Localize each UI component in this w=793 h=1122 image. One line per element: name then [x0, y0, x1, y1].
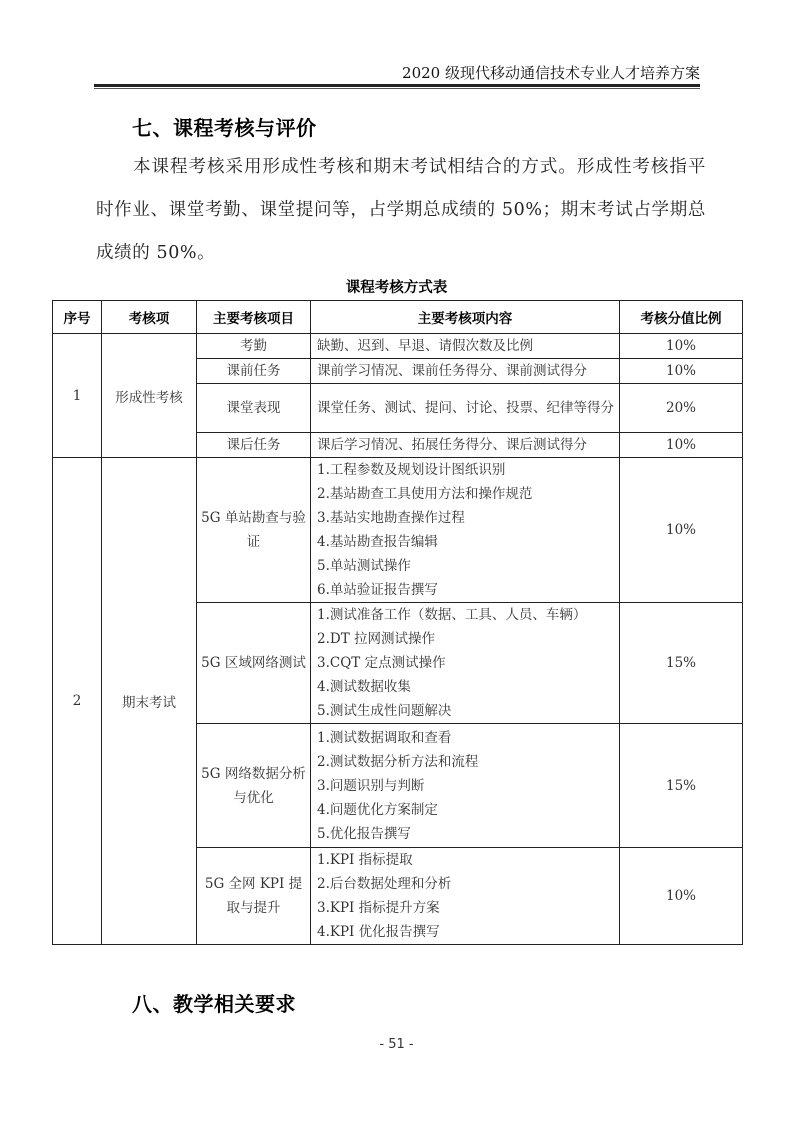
item-name: 5G 网络数据分析与优化 [197, 724, 311, 848]
item-name: 考勤 [197, 334, 311, 359]
item-name: 课堂表现 [197, 384, 311, 433]
item-weight: 20% [620, 384, 743, 433]
section-heading-7: 七、课程考核与评价 [132, 112, 317, 141]
item-weight: 10% [620, 334, 743, 359]
item-weight: 10% [620, 359, 743, 384]
content-line: 2.后台数据处理和分析 [317, 872, 615, 896]
item-content: 1.测试准备工作（数据、工具、人员、车辆） 2.DT 拉网测试操作 3.CQT … [311, 603, 620, 724]
item-content: 缺勤、迟到、早退、请假次数及比例 [311, 334, 620, 359]
section-heading-8: 八、教学相关要求 [132, 988, 296, 1017]
group-index: 1 [53, 334, 102, 458]
assessment-table: 序号 考核项 主要考核项目 主要考核项内容 考核分值比例 1 形成性考核 考勤 … [52, 300, 743, 945]
content-line: 1.工程参数及规划设计图纸识别 [317, 458, 615, 482]
content-line: 2.基站勘查工具使用方法和操作规范 [317, 482, 615, 506]
item-content: 课前学习情况、课前任务得分、课前测试得分 [311, 359, 620, 384]
group-index: 2 [53, 458, 102, 945]
content-line: 3.问题识别与判断 [317, 774, 615, 798]
content-line: 2.测试数据分析方法和流程 [317, 750, 615, 774]
item-content: 课后学习情况、拓展任务得分、课后测试得分 [311, 433, 620, 458]
item-content: 1.测试数据调取和查看 2.测试数据分析方法和流程 3.问题识别与判断 4.问题… [311, 724, 620, 848]
header-item: 主要考核项目 [197, 301, 311, 334]
item-weight: 10% [620, 458, 743, 603]
content-line: 4.基站勘查报告编辑 [317, 530, 615, 554]
item-weight: 15% [620, 603, 743, 724]
group-category: 形成性考核 [102, 334, 197, 458]
page-number: - 51 - [0, 1037, 793, 1052]
content-line: 4.KPI 优化报告撰写 [317, 920, 615, 944]
content-line: 2.DT 拉网测试操作 [317, 627, 615, 651]
header-weight: 考核分值比例 [620, 301, 743, 334]
content-line: 4.问题优化方案制定 [317, 798, 615, 822]
table-caption: 课程考核方式表 [0, 276, 793, 297]
table-header-row: 序号 考核项 主要考核项目 主要考核项内容 考核分值比例 [53, 301, 743, 334]
item-name: 5G 区域网络测试 [197, 603, 311, 724]
header-rule-thin [94, 88, 700, 89]
content-line: 6.单站验证报告撰写 [317, 578, 615, 602]
content-line: 4.测试数据收集 [317, 675, 615, 699]
item-name: 课后任务 [197, 433, 311, 458]
content-line: 1.KPI 指标提取 [317, 848, 615, 872]
group-category: 期末考试 [102, 458, 197, 945]
item-content: 课堂任务、测试、提问、讨论、投票、纪律等得分 [311, 384, 620, 433]
item-weight: 15% [620, 724, 743, 848]
table-row: 1 形成性考核 考勤 缺勤、迟到、早退、请假次数及比例 10% [53, 334, 743, 359]
header-content: 主要考核项内容 [311, 301, 620, 334]
content-line: 3.KPI 指标提升方案 [317, 896, 615, 920]
content-line: 5.优化报告撰写 [317, 822, 615, 846]
running-header: 2020 级现代移动通信技术专业人才培养方案 [96, 62, 700, 83]
item-weight: 10% [620, 848, 743, 945]
content-line: 1.测试准备工作（数据、工具、人员、车辆） [317, 603, 615, 627]
item-content: 1.KPI 指标提取 2.后台数据处理和分析 3.KPI 指标提升方案 4.KP… [311, 848, 620, 945]
content-line: 3.CQT 定点测试操作 [317, 651, 615, 675]
content-line: 3.基站实地勘查操作过程 [317, 506, 615, 530]
table-row: 2 期末考试 5G 单站勘查与验证 1.工程参数及规划设计图纸识别 2.基站勘查… [53, 458, 743, 603]
header-rule [94, 84, 700, 87]
header-index: 序号 [53, 301, 102, 334]
content-line: 1.测试数据调取和查看 [317, 726, 615, 750]
item-content: 1.工程参数及规划设计图纸识别 2.基站勘查工具使用方法和操作规范 3.基站实地… [311, 458, 620, 603]
item-weight: 10% [620, 433, 743, 458]
item-name: 课前任务 [197, 359, 311, 384]
item-name: 5G 全网 KPI 提取与提升 [197, 848, 311, 945]
content-line: 5.单站测试操作 [317, 554, 615, 578]
item-name: 5G 单站勘查与验证 [197, 458, 311, 603]
header-category: 考核项 [102, 301, 197, 334]
content-line: 5.测试生成性问题解决 [317, 699, 615, 723]
section-7-paragraph: 本课程考核采用形成性考核和期末考试相结合的方式。形成性考核指平时作业、课堂考勤、… [96, 146, 706, 275]
